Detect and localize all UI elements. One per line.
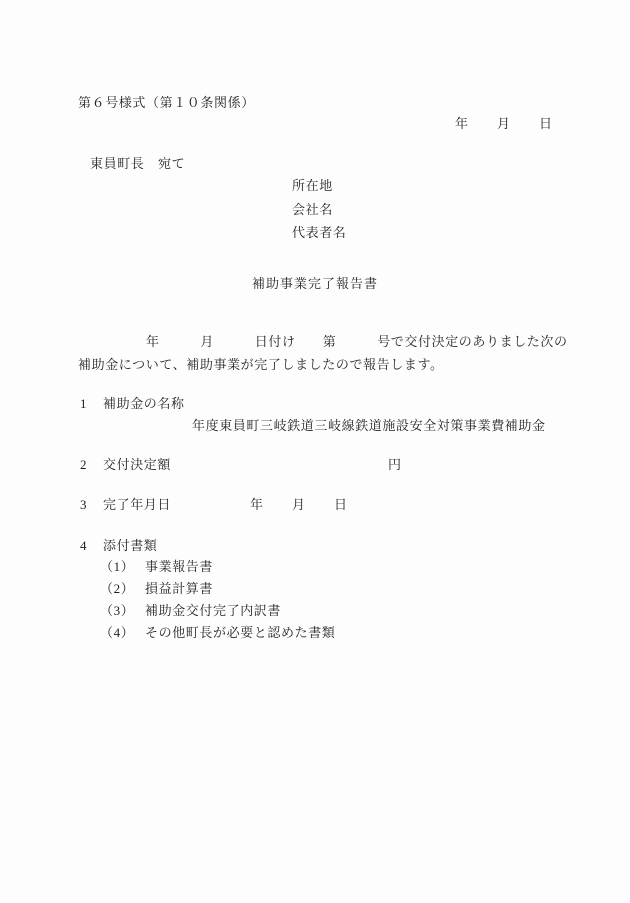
header-date-blank: 年 月 日 xyxy=(455,115,553,132)
item3-label: 完了年月日 xyxy=(103,496,171,513)
document-title: 補助事業完了報告書 xyxy=(0,275,630,292)
item4-label: 添付書類 xyxy=(103,537,157,554)
item2-number: 2 xyxy=(80,456,87,473)
attachment2-label: 損益計算書 xyxy=(145,580,213,597)
item1-subsidy-name: 年度東員町三岐鉄道三岐線鉄道施設安全対策事業費補助金 xyxy=(192,417,546,434)
attachment4-number: （4） xyxy=(100,624,134,641)
sender-company-label: 会社名 xyxy=(292,201,333,218)
sender-address-label: 所在地 xyxy=(292,177,333,194)
document-page: 第６号様式（第１０条関係） 年 月 日 東員町長 宛て 所在地 会社名 代表者名… xyxy=(0,0,630,903)
form-number: 第６号様式（第１０条関係） xyxy=(78,94,255,111)
item2-yen-unit: 円 xyxy=(388,456,402,473)
body-paragraph-line1: 年 月 日付け 第 号で交付決定のありました次の xyxy=(78,333,568,350)
item1-number: 1 xyxy=(80,395,87,412)
item1-label: 補助金の名称 xyxy=(103,395,185,412)
item2-label: 交付決定額 xyxy=(103,456,171,473)
attachment4-label: その他町長が必要と認めた書類 xyxy=(145,624,335,641)
addressee-line: 東員町長 宛て xyxy=(90,155,185,172)
attachment1-number: （1） xyxy=(100,558,134,575)
attachment3-number: （3） xyxy=(100,602,134,619)
item3-date-blank: 年 月 日 xyxy=(250,496,348,513)
attachment2-number: （2） xyxy=(100,580,134,597)
item3-number: 3 xyxy=(80,496,87,513)
body-paragraph-line2: 補助金について、補助事業が完了しましたので報告します。 xyxy=(78,356,444,373)
attachment3-label: 補助金交付完了内訳書 xyxy=(145,602,281,619)
item4-number: 4 xyxy=(80,537,87,554)
sender-representative-label: 代表者名 xyxy=(292,224,346,241)
attachment1-label: 事業報告書 xyxy=(145,558,213,575)
